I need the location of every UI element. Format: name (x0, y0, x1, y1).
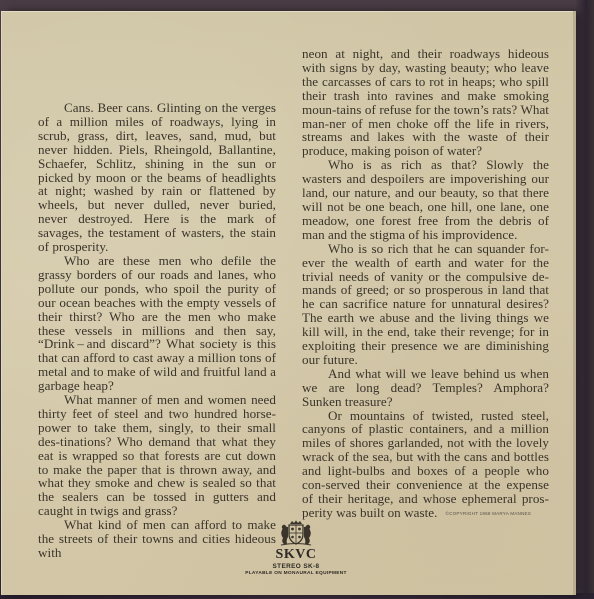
essay-paragraph: Who are these men who defile the grassy … (38, 254, 276, 393)
final-paragraph-text: Or mountains of twisted, rusted steel, c… (302, 408, 549, 520)
essay-right-column: neon at night, and their roadways hideou… (302, 47, 549, 521)
photo-scene: Cans. Beer cans. Glinting on the verges … (0, 0, 594, 599)
label-logo-block: SKVC STEREO SK-8 PLAYABLE ON MONAURAL EQ… (224, 520, 368, 577)
heraldic-crest-icon (271, 520, 321, 546)
playback-note: PLAYABLE ON MONAURAL EQUIPMENT (224, 571, 368, 577)
background-edge-right (574, 0, 594, 599)
essay-paragraph-continuation: neon at night, and their roadways hideou… (302, 47, 549, 158)
brand-name: SKVC (224, 547, 368, 562)
essay-paragraph: Cans. Beer cans. Glinting on the verges … (38, 101, 276, 254)
copyright-notice: ©COPYRIGHT 1968 MARYA MANNES (446, 511, 532, 516)
essay-paragraph-final: Or mountains of twisted, rusted steel, c… (302, 409, 549, 521)
essay-paragraph: Who is so rich that he can squander for-… (302, 242, 549, 367)
essay-paragraph: What manner of men and women need thirty… (38, 393, 276, 518)
catalog-number: STEREO SK-8 (224, 563, 368, 571)
essay-paragraph: And what will we leave behind us when we… (302, 367, 549, 409)
essay-paragraph: Who is as rich as that? Slowly the waste… (302, 158, 549, 241)
essay-left-column: Cans. Beer cans. Glinting on the verges … (38, 101, 276, 560)
